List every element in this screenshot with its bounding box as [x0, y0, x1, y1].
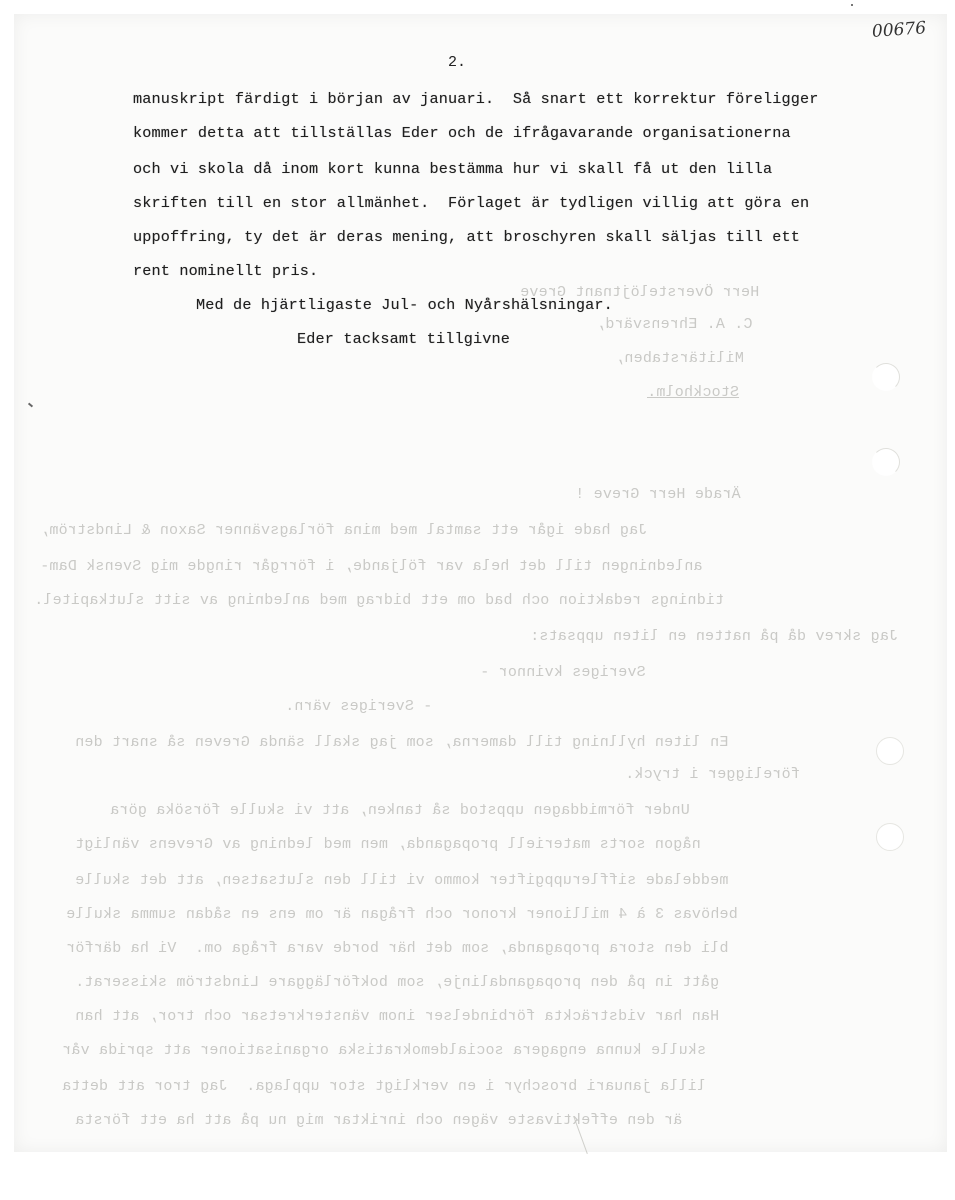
bleed-line: bli den stora propaganda, som det här bo… — [66, 940, 729, 957]
punch-hole-icon — [876, 737, 904, 765]
bleed-title: - Sveriges värn. — [285, 698, 432, 715]
bleed-line: gått in på den propagandalinje, som bokf… — [75, 974, 719, 991]
closing-signoff: Eder tacksamt tillgivne — [297, 330, 510, 348]
bleed-address-line: Militärstaben, — [615, 350, 744, 367]
body-line: och vi skola då inom kort kunna bestämma… — [133, 160, 772, 178]
bleed-title: Sveriges kvinnor - — [480, 664, 646, 681]
body-line: uppoffring, ty det är deras mening, att … — [133, 228, 800, 246]
bleed-line: tidnings redaktion och bad om ett bidrag… — [34, 592, 724, 609]
punch-hole-icon — [872, 448, 900, 476]
page-number: 2. — [448, 54, 466, 71]
speck-mark — [851, 4, 853, 6]
punch-hole-icon — [872, 363, 900, 391]
bleed-line: Jag hade igår ett samtal med mina förlag… — [40, 522, 647, 539]
bleed-line: anledningen till det hela var följande, … — [40, 558, 703, 575]
closing-greeting: Med de hjärtligaste Jul- och Nyårshälsni… — [196, 296, 613, 314]
bleed-line: är den effektivaste vägen och inriktar m… — [75, 1112, 682, 1129]
archive-number: 00676 — [871, 18, 926, 42]
body-line: manuskript färdigt i början av januari. … — [133, 90, 819, 108]
body-line: rent nominellt pris. — [133, 262, 318, 280]
bleed-line: skulle kunna engagera socialdemokratiska… — [62, 1042, 706, 1059]
bleed-salutation: Ärade Herr Greve ! — [575, 486, 741, 503]
punch-hole-icon — [876, 823, 904, 851]
bleed-line: Jag skrev då på natten en liten uppsats: — [530, 628, 898, 645]
bleed-line: Under förmiddagen uppstod så tanken, att… — [110, 802, 690, 819]
bleed-line: Han har vidsträckta förbindelser inom vä… — [75, 1008, 719, 1025]
bleed-address-line: Stockholm. — [647, 384, 739, 401]
bleed-line: föreligger i tryck. — [625, 766, 800, 783]
bleed-address-line: C. A. Ehrensvärd, — [596, 316, 752, 333]
body-line: skriften till en stor allmänhet. Förlage… — [133, 194, 809, 212]
bleed-line: En liten hyllning till damerna, som jag … — [75, 734, 728, 751]
bleed-line: behövas 3 à 4 millioner kronor och fråga… — [66, 906, 738, 923]
bleed-line: lilla januari broschyr i en verkligt sto… — [62, 1078, 706, 1095]
body-line: kommer detta att tillställas Eder och de… — [133, 124, 791, 142]
bleed-line: meddelade siffleruppgifter kommo vi till… — [75, 872, 728, 889]
bleed-line: någon sorts materiell propaganda, men me… — [75, 836, 701, 853]
